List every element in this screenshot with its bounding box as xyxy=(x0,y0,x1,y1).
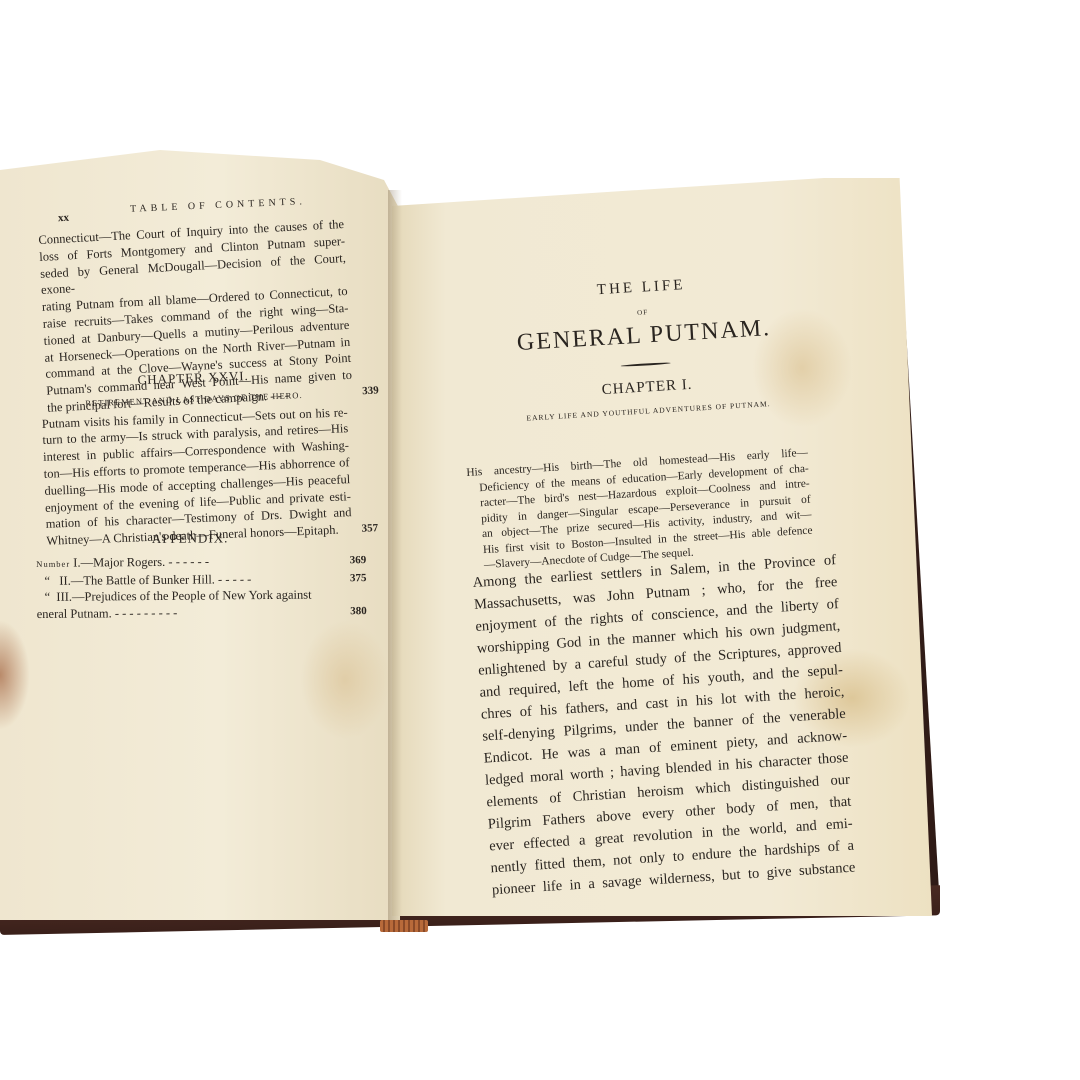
toc-page-number: 375 xyxy=(350,570,367,587)
toc-page-number: 369 xyxy=(350,552,367,570)
toc-page-number: 339 xyxy=(362,382,379,400)
toc-page-number: 357 xyxy=(361,520,378,537)
entry-text: III.—Prejudices of the People of New Yor… xyxy=(56,588,311,604)
ornamental-rule xyxy=(621,362,671,367)
entry-prefix: “ xyxy=(44,573,50,587)
thumb-stain xyxy=(0,620,30,730)
toc-appendix: APPENDIX. Number I.—Major Rogers. - - - … xyxy=(36,529,345,623)
entry-prefix: “ xyxy=(45,590,51,604)
toc-page-number: 380 xyxy=(350,603,367,620)
entry-text: I.—Major Rogers. - - - - - - xyxy=(73,554,209,569)
appendix-heading: APPENDIX. xyxy=(36,529,344,548)
entry-text: II.—The Battle of Bunker Hill. - - - - - xyxy=(59,572,251,588)
chapter-body-text: Among the earliest settlers in Salem, in… xyxy=(472,549,856,901)
book-headband xyxy=(380,920,428,932)
appendix-entry: “ III.—Prejudices of the People of New Y… xyxy=(37,587,345,606)
entry-prefix: Number xyxy=(36,559,70,569)
open-book-photo: xx TABLE OF CONTENTS. Connecticut—The Co… xyxy=(0,0,1080,1080)
page-folio: xx xyxy=(58,212,70,225)
book-title-block: THE LIFE OF GENERAL PUTNAM. CHAPTER I. E… xyxy=(466,269,823,426)
appendix-entry: eneral Putnam. - - - - - - - - -380 xyxy=(37,603,345,622)
entry-text: eneral Putnam. - - - - - - - - - xyxy=(37,605,178,623)
book-gutter xyxy=(388,190,402,920)
toc-chapter-xxvi: CHAPTER XXVI. RETIREMENT AND LAST DAYS O… xyxy=(40,364,352,550)
foxing-stain xyxy=(300,620,390,740)
